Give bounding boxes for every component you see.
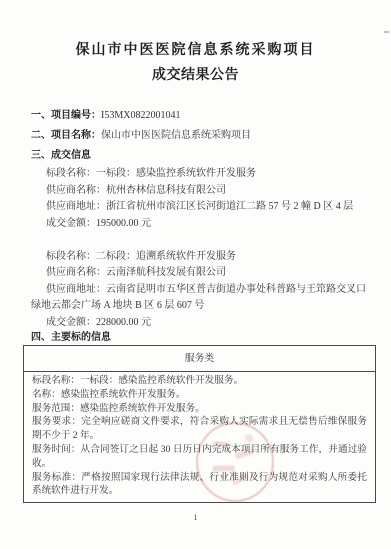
lot1-supplier-value: 杭州杏林信息科技有限公司 <box>106 185 226 196</box>
lot2-supplier-value: 云南泽航科技发展有限公司 <box>106 267 226 278</box>
lot2-name-value: 二标段：追溯系统软件开发服务 <box>96 251 236 262</box>
table-row-name: 名称：感染监控系统软件开发服务。 <box>32 388 367 402</box>
lot-name-label: 标段名称： <box>46 251 96 262</box>
lot-separator-space <box>31 232 366 249</box>
main-subject-table: 服务类 标段名称：一标段：感染监控系统软件开发服务。 名称：感染监控系统软件开发… <box>23 345 376 503</box>
table-header-service-category: 服务类 <box>24 346 375 372</box>
lot2-supplier-line: 供应商名称：云南泽航科技发展有限公司 <box>31 265 366 282</box>
amount-label: 成交金额： <box>46 317 96 328</box>
scan-artifact-dash <box>384 31 389 33</box>
project-name-value: 保山市中医医院信息系统采购项目 <box>101 130 251 141</box>
lot1-address-value: 浙江省杭州市滨江区长河街道江二路 57 号 2 幢 D 区 4 层 <box>106 201 353 212</box>
lot1-name-line: 标段名称：一标段：感染监控系统软件开发服务 <box>31 166 366 183</box>
table-row-service-scope: 服务范围：感染监控系统软件开发服务。 <box>32 402 367 416</box>
table-body: 标段名称：一标段：感染监控系统软件开发服务。 名称：感染监控系统软件开发服务。 … <box>24 372 375 502</box>
section-project-name: 二、项目名称：保山市中医医院信息系统采购项目 <box>31 126 366 146</box>
lot2-name-line: 标段名称：二标段：追溯系统软件开发服务 <box>31 249 366 266</box>
scanned-announcement-page: 保山市中医医院信息系统采购项目 成交结果公告 一、项目编号：I53MX08220… <box>0 0 391 549</box>
project-name-label: 二、项目名称： <box>31 130 101 141</box>
lot2-address-line: 供应商地址：云南省昆明市五华区普吉街道办事处科普路与王筇路交叉口绿地云都会广场 … <box>31 282 366 315</box>
table-row-service-requirements: 服务要求：完全响应磋商文件要求，符合采购人实际需求且无偿售后维保服务期不少于 2… <box>32 415 367 443</box>
title-line-2: 成交结果公告 <box>0 63 391 88</box>
lot2-amount-value: 228000.00 元 <box>96 317 151 328</box>
lot1-supplier-line: 供应商名称：杭州杏林信息科技有限公司 <box>31 183 366 200</box>
document-title: 保山市中医医院信息系统采购项目 成交结果公告 <box>0 38 391 88</box>
project-number-label: 一、项目编号： <box>31 110 101 121</box>
title-line-1: 保山市中医医院信息系统采购项目 <box>0 38 391 63</box>
section-main-subject-heading: 四、主要标的信息 <box>31 332 366 343</box>
lot-name-label: 标段名称： <box>46 168 96 179</box>
lot1-address-line: 供应商地址：浙江省杭州市滨江区长河街道江二路 57 号 2 幢 D 区 4 层 <box>31 199 366 216</box>
lot1-name-value: 一标段：感染监控系统软件开发服务 <box>96 168 256 179</box>
lot1-amount-line: 成交金额：195000.00 元 <box>31 216 366 233</box>
table-row-service-standard: 服务标准：严格按照国家现行法律法规、行业准则及行为规范对采购人所委托系统软件进行… <box>32 471 367 499</box>
table-row-lot-name: 标段名称：一标段：感染监控系统软件开发服务。 <box>32 374 367 388</box>
amount-label: 成交金额： <box>46 218 96 229</box>
document-body: 一、项目编号：I53MX0822001041 二、项目名称：保山市中医医院信息系… <box>31 106 366 503</box>
project-number-value: I53MX0822001041 <box>101 110 180 121</box>
page-number: 1 <box>0 513 391 522</box>
supplier-name-label: 供应商名称： <box>46 267 106 278</box>
section-award-info-heading: 三、成交信息 <box>31 146 366 166</box>
section-project-number: 一、项目编号：I53MX0822001041 <box>31 106 366 126</box>
supplier-name-label: 供应商名称： <box>46 185 106 196</box>
award-info-heading-label: 三、成交信息 <box>31 150 91 161</box>
supplier-address-label: 供应商地址： <box>46 201 106 212</box>
supplier-address-label: 供应商地址： <box>46 284 106 295</box>
lot2-amount-line: 成交金额：228000.00 元 <box>31 315 366 332</box>
table-row-service-time: 服务时间：从合同签订之日起 30 日历日内完成本项目所有服务工作，并通过验收。 <box>32 443 367 471</box>
lot1-amount-value: 195000.00 元 <box>96 218 151 229</box>
